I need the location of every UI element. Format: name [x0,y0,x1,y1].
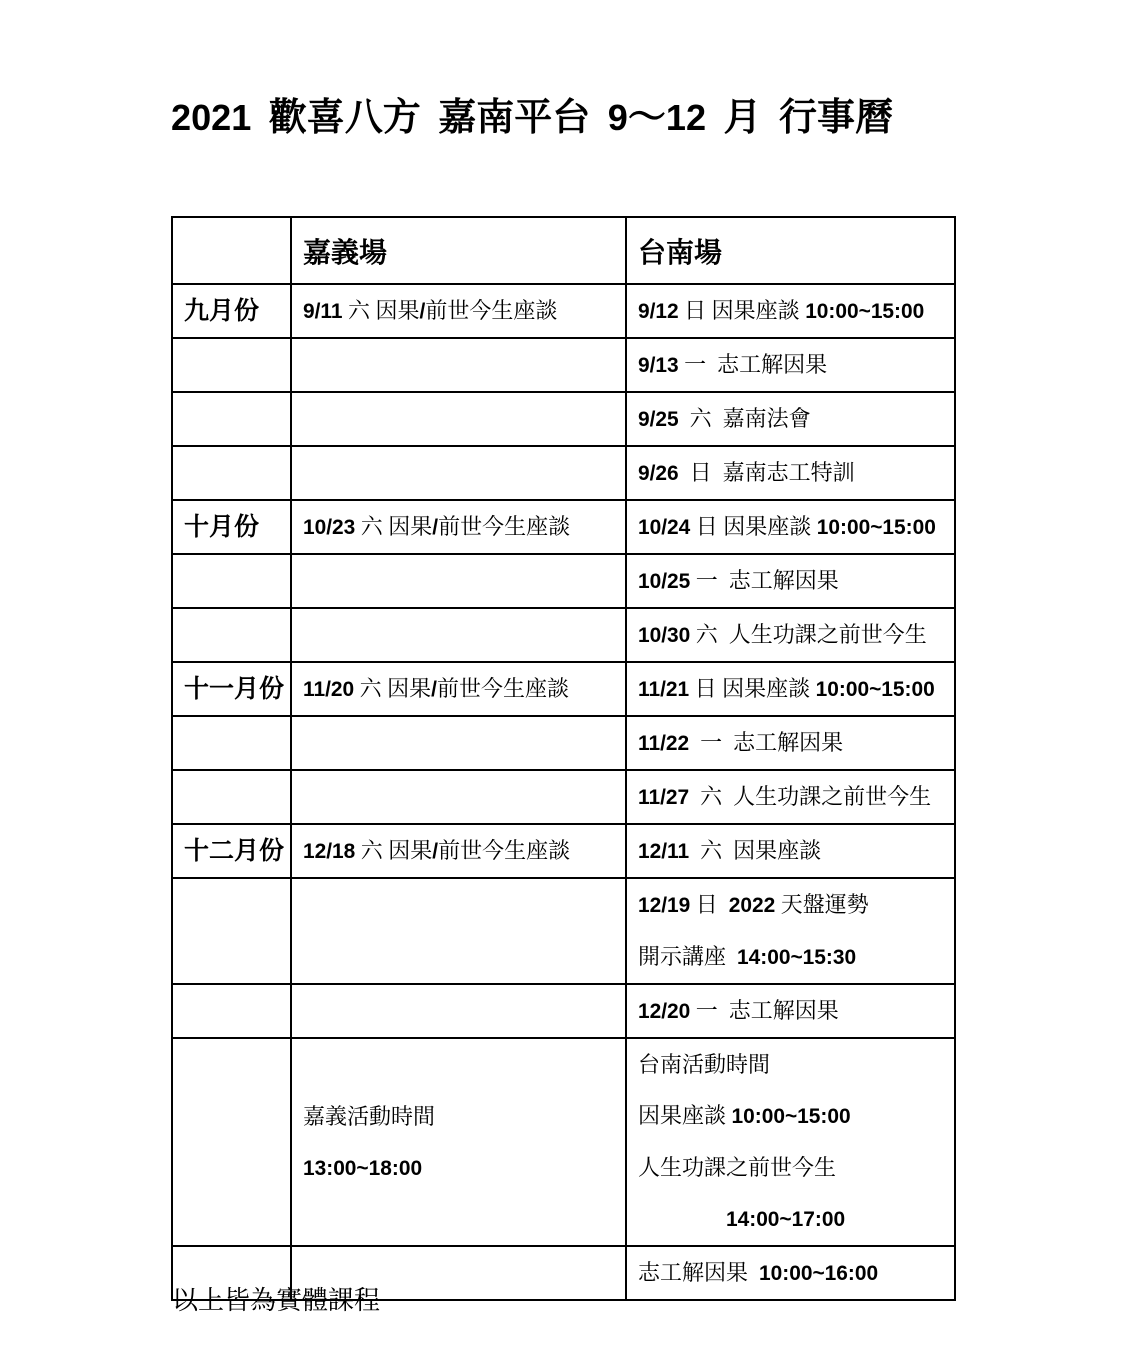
chiayi-cell [291,984,626,1038]
header-row: 嘉義場 台南場 [172,217,955,284]
chiayi-cell [291,338,626,392]
chiayi-cell: 12/18 六 因果/前世今生座談 [291,824,626,878]
month-cell [172,984,291,1038]
chiayi-cell: 9/11 六 因果/前世今生座談 [291,284,626,338]
cell-line: 11/20 六 因果/前世今生座談 [303,663,621,715]
tainan-cell: 10/30 六 人生功課之前世今生 [626,608,955,662]
cell-line: 9/12 日 因果座談 10:00~15:00 [638,285,950,337]
chiayi-cell: 11/20 六 因果/前世今生座談 [291,662,626,716]
table-body: 九月份9/11 六 因果/前世今生座談9/12 日 因果座談 10:00~15:… [172,284,955,1300]
header-tainan: 台南場 [626,217,955,284]
month-cell [172,338,291,392]
month-cell [172,716,291,770]
month-cell [172,446,291,500]
cell-line: 11/27 六 人生功課之前世今生 [638,771,950,823]
chiayi-cell [291,392,626,446]
cell-line: 因果座談 10:00~15:00 [638,1090,950,1142]
table-row: 12/19 日 2022 天盤運勢開示講座 14:00~15:30 [172,878,955,984]
tainan-cell: 12/19 日 2022 天盤運勢開示講座 14:00~15:30 [626,878,955,984]
tainan-cell: 12/11 六 因果座談 [626,824,955,878]
cell-line: 10/23 六 因果/前世今生座談 [303,501,621,553]
cell-line: 9/25 六 嘉南法會 [638,393,950,445]
tainan-cell: 台南活動時間因果座談 10:00~15:00人生功課之前世今生 14:00~17… [626,1038,955,1246]
month-cell [172,770,291,824]
chiayi-cell: 嘉義活動時間13:00~18:00 [291,1038,626,1246]
month-cell: 十二月份 [172,824,291,878]
cell-line: 10/30 六 人生功課之前世今生 [638,609,950,661]
month-cell [172,1038,291,1246]
chiayi-cell [291,716,626,770]
table-row: 12/20 一 志工解因果 [172,984,955,1038]
table-row: 9/25 六 嘉南法會 [172,392,955,446]
cell-line: 十二月份 [184,826,286,877]
cell-line: 台南活動時間 [638,1039,950,1090]
cell-line: 14:00~17:00 [638,1193,950,1245]
cell-line: 12/20 一 志工解因果 [638,985,950,1037]
chiayi-cell [291,554,626,608]
tainan-cell: 9/13 一 志工解因果 [626,338,955,392]
cell-line: 開示講座 14:00~15:30 [638,931,950,983]
tainan-cell: 11/21 日 因果座談 10:00~15:00 [626,662,955,716]
month-cell: 十一月份 [172,662,291,716]
table-row: 十月份10/23 六 因果/前世今生座談10/24 日 因果座談 10:00~1… [172,500,955,554]
tainan-cell: 11/27 六 人生功課之前世今生 [626,770,955,824]
table-row: 11/27 六 人生功課之前世今生 [172,770,955,824]
cell-line: 11/22 一 志工解因果 [638,717,950,769]
table-row: 嘉義活動時間13:00~18:00台南活動時間因果座談 10:00~15:00人… [172,1038,955,1246]
chiayi-cell: 10/23 六 因果/前世今生座談 [291,500,626,554]
table-row: 10/25 一 志工解因果 [172,554,955,608]
tainan-cell: 9/25 六 嘉南法會 [626,392,955,446]
month-cell: 九月份 [172,284,291,338]
month-cell [172,392,291,446]
cell-line: 10/25 一 志工解因果 [638,555,950,607]
cell-line: 十月份 [184,502,286,553]
chiayi-cell [291,446,626,500]
cell-line: 11/21 日 因果座談 10:00~15:00 [638,663,950,715]
cell-line: 9/26 日 嘉南志工特訓 [638,447,950,499]
month-cell [172,608,291,662]
table-row: 十二月份12/18 六 因果/前世今生座談12/11 六 因果座談 [172,824,955,878]
month-cell [172,554,291,608]
tainan-cell: 10/25 一 志工解因果 [626,554,955,608]
chiayi-cell [291,770,626,824]
table-row: 9/26 日 嘉南志工特訓 [172,446,955,500]
tainan-cell: 11/22 一 志工解因果 [626,716,955,770]
table-row: 10/30 六 人生功課之前世今生 [172,608,955,662]
cell-line: 12/19 日 2022 天盤運勢 [638,879,950,931]
chiayi-cell [291,878,626,984]
month-cell [172,878,291,984]
tainan-cell: 9/26 日 嘉南志工特訓 [626,446,955,500]
month-cell: 十月份 [172,500,291,554]
tainan-cell: 9/12 日 因果座談 10:00~15:00 [626,284,955,338]
cell-line: 10/24 日 因果座談 10:00~15:00 [638,501,950,553]
cell-line: 十一月份 [184,664,286,715]
table-row: 十一月份11/20 六 因果/前世今生座談11/21 日 因果座談 10:00~… [172,662,955,716]
header-empty-cell [172,217,291,284]
table-row: 11/22 一 志工解因果 [172,716,955,770]
cell-line: 嘉義活動時間 [303,1091,621,1142]
cell-line: 9/11 六 因果/前世今生座談 [303,285,621,337]
calendar-table: 嘉義場 台南場 九月份9/11 六 因果/前世今生座談9/12 日 因果座談 1… [171,216,956,1301]
cell-line: 人生功課之前世今生 [638,1142,950,1193]
tainan-cell: 10/24 日 因果座談 10:00~15:00 [626,500,955,554]
page-title: 2021 歡喜八方 嘉南平台 9～12 月 行事曆 [171,86,893,141]
table-row: 九月份9/11 六 因果/前世今生座談9/12 日 因果座談 10:00~15:… [172,284,955,338]
chiayi-cell [291,608,626,662]
table-row: 9/13 一 志工解因果 [172,338,955,392]
cell-line: 13:00~18:00 [303,1142,621,1194]
cell-line: 九月份 [184,286,286,337]
cell-line: 12/18 六 因果/前世今生座談 [303,825,621,877]
header-chiayi: 嘉義場 [291,217,626,284]
cell-line: 9/13 一 志工解因果 [638,339,950,391]
tainan-cell: 12/20 一 志工解因果 [626,984,955,1038]
cell-line: 12/11 六 因果座談 [638,825,950,877]
cell-line: 志工解因果 10:00~16:00 [638,1247,950,1299]
footer-note: 以上皆為實體課程 [172,1280,380,1317]
tainan-cell: 志工解因果 10:00~16:00 [626,1246,955,1300]
